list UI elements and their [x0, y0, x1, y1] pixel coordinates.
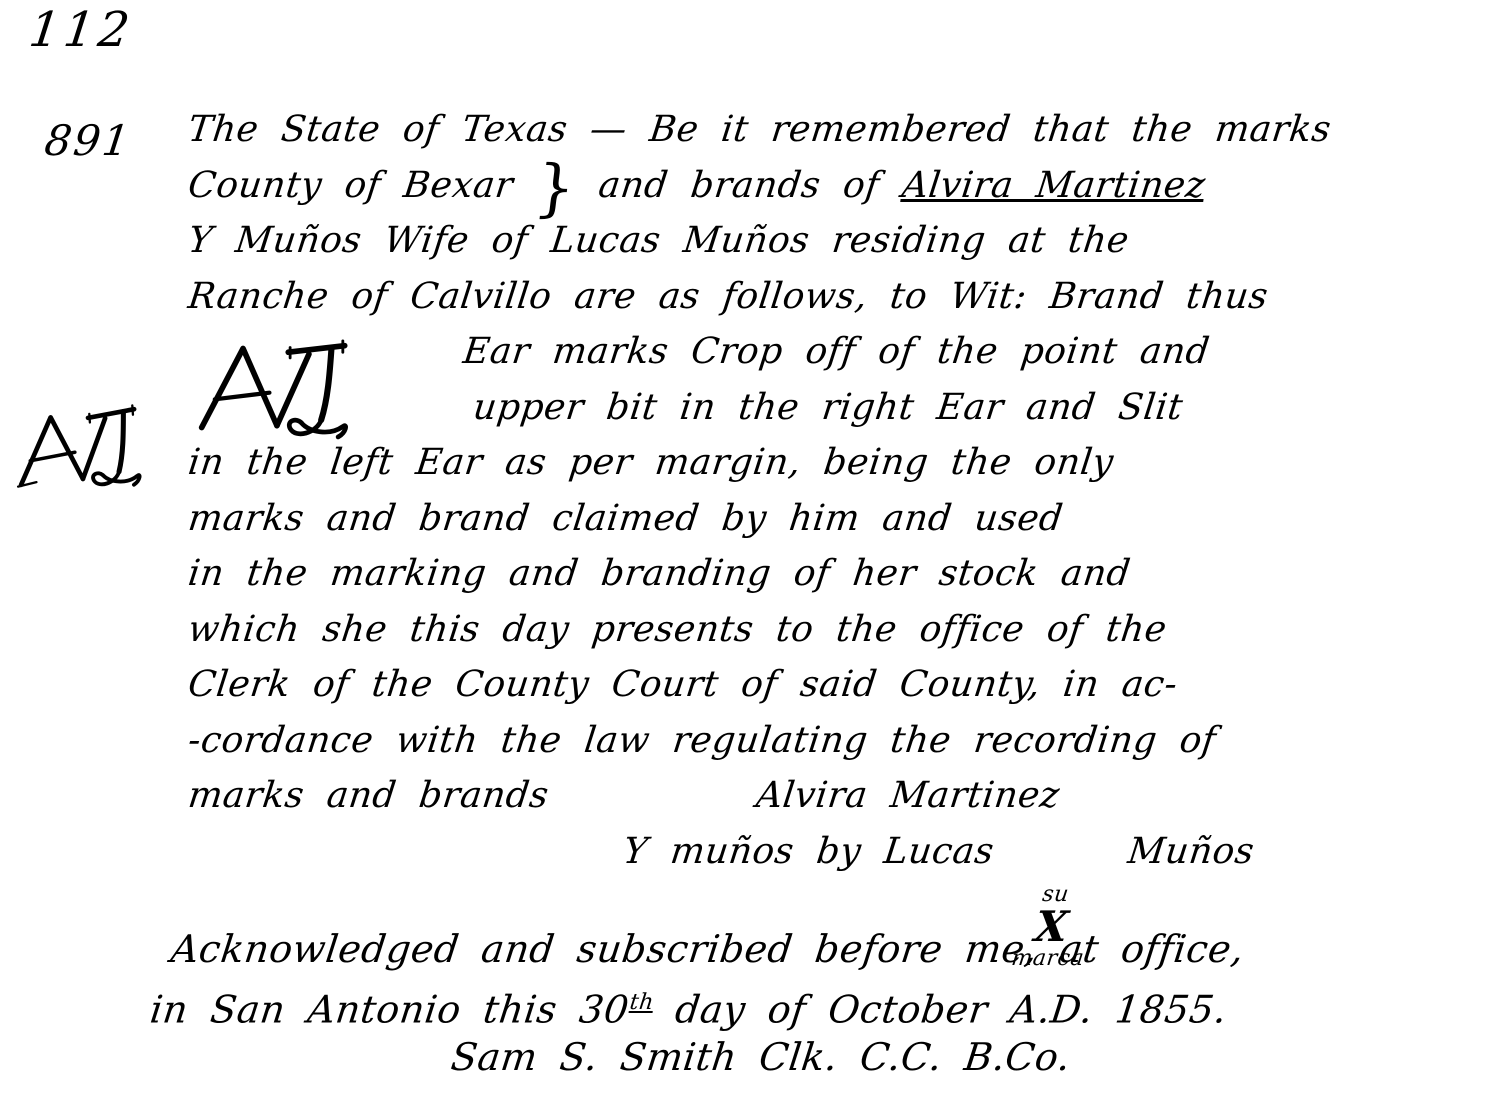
record-number: 891	[42, 116, 134, 165]
ack-clerk-signature: Sam S. Smith Clk. C.C. B.Co.	[148, 1030, 1405, 1084]
record-line-2: County of Bexar } and brands of Alvira M…	[185, 158, 1412, 214]
record-line-2-mid: and brands of	[596, 165, 882, 206]
record-line-3: Y Muños Wife of Lucas Muños residing at …	[185, 213, 1412, 269]
record-line-4: Ranche of Calvillo are as follows, to Wi…	[185, 269, 1412, 325]
handwritten-record-page: 112 891 The State of Texas — Be it remem…	[0, 0, 1500, 1114]
record-line-11: Clerk of the County Court of said County…	[185, 657, 1412, 713]
record-line-12: -cordance with the law regulating the re…	[185, 713, 1412, 769]
folio-number: 112	[26, 2, 137, 58]
record-line-10: which she this day presents to the offic…	[185, 602, 1412, 658]
signature-by-left: Y muños by Lucas	[621, 831, 996, 872]
venue-text: County of Bexar	[186, 165, 516, 206]
record-line-6: upper bit in the right Ear and Slit	[185, 380, 1412, 436]
owner-name-underlined: Alvira Martinez	[900, 165, 1208, 206]
record-line-13-text: marks and brands	[186, 775, 551, 816]
record-body: The State of Texas — Be it remembered th…	[185, 102, 1405, 879]
record-line-13: marks and brands Alvira Martinez	[185, 768, 1412, 824]
ack-ordinal-suffix: th	[628, 990, 655, 1015]
brand-mark-margin-icon	[10, 388, 149, 509]
record-line-7: in the left Ear as per margin, being the…	[185, 435, 1412, 491]
ack-line-1: Acknowledged and subscribed before me, a…	[148, 922, 1405, 976]
signature-by-right: Muños	[1126, 831, 1257, 872]
ack-line-2-post: day of October A.D. 1855.	[673, 988, 1230, 1032]
record-line-1: The State of Texas — Be it remembered th…	[185, 102, 1412, 158]
signature-by-line: Y muños by Lucas su X marca Muños	[185, 824, 1412, 880]
signature-name: Alvira Martinez	[754, 775, 1062, 816]
ack-line-2-pre: in San Antonio this 30	[148, 988, 632, 1032]
ack-line-2: in San Antonio this 30th day of October …	[148, 976, 1405, 1030]
record-line-8: marks and brand claimed by him and used	[185, 491, 1412, 547]
record-line-5: Ear marks Crop off of the point and	[185, 324, 1412, 380]
acknowledgment-block: Acknowledged and subscribed before me, a…	[148, 922, 1398, 1084]
record-line-9: in the marking and branding of her stock…	[185, 546, 1412, 602]
